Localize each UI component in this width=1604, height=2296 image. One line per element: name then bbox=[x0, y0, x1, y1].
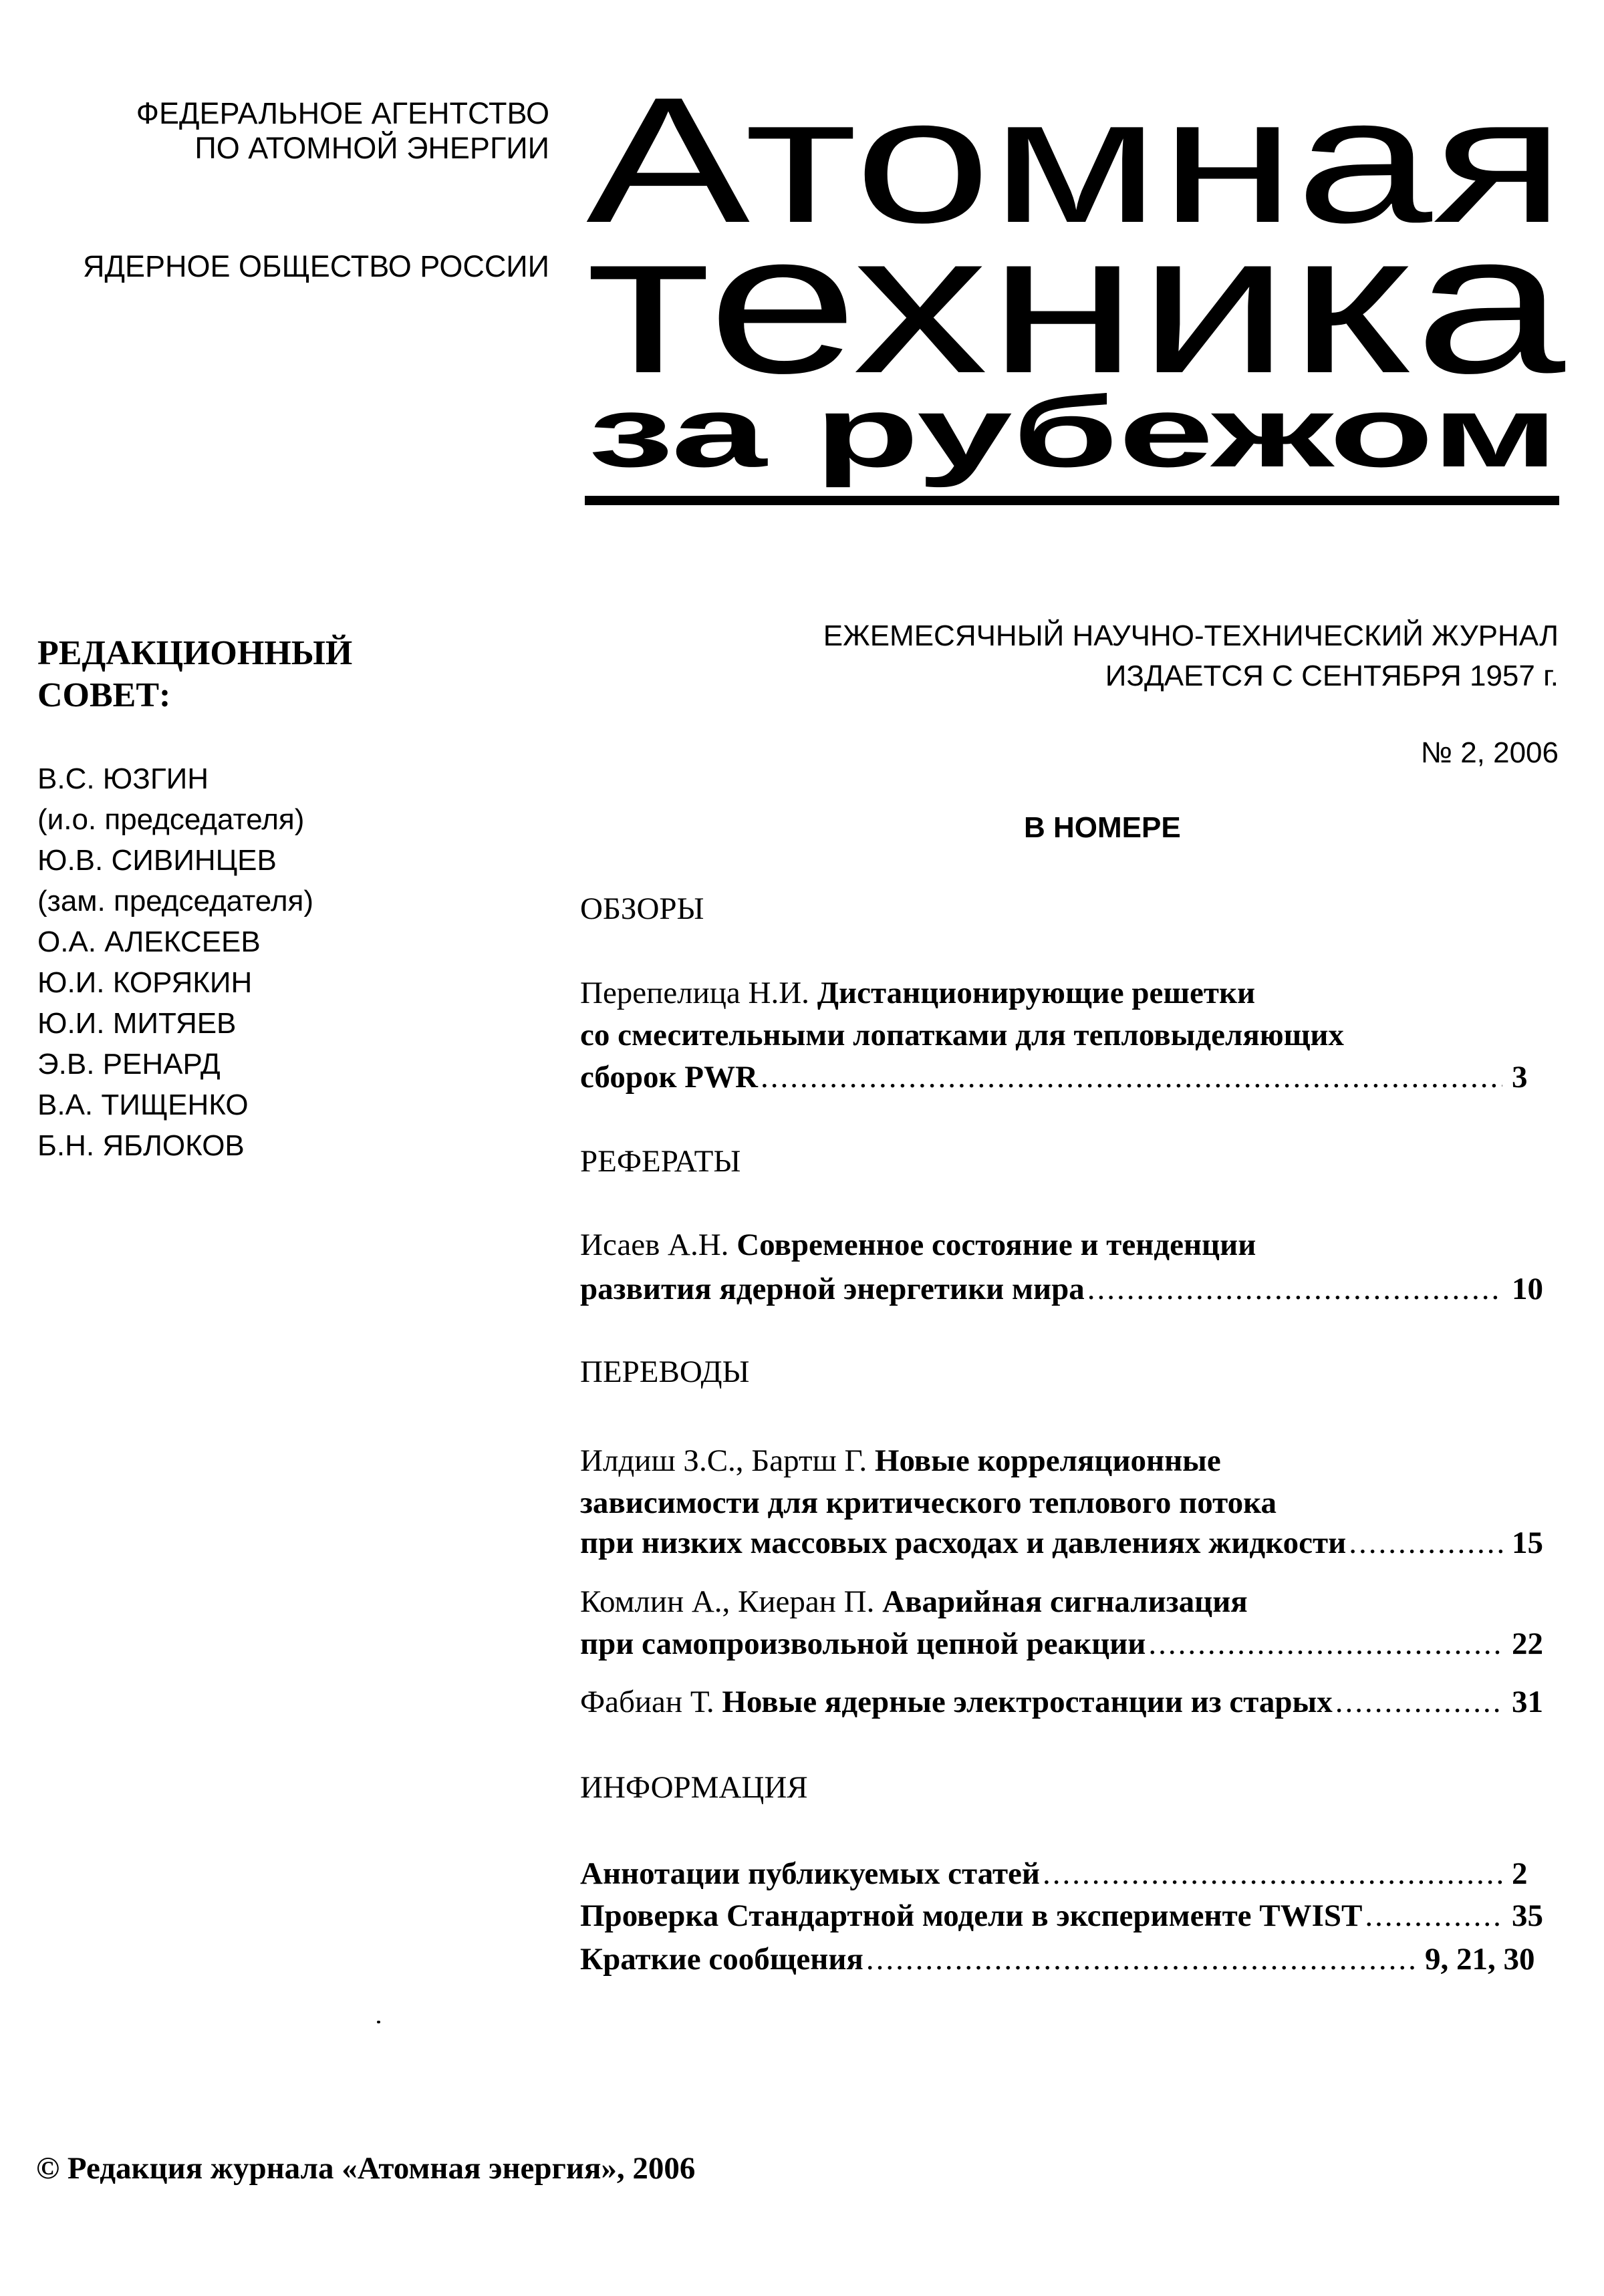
toc-article-title: со смесительными лопатками для тепловыде… bbox=[580, 1020, 1344, 1051]
journal-title: Атомная техника за рубежом bbox=[575, 74, 1577, 515]
toc-dot-leader bbox=[1365, 1900, 1502, 1932]
toc-page-number: 10 bbox=[1512, 1274, 1543, 1305]
toc-page-number: 15 bbox=[1512, 1528, 1543, 1559]
board-member: О.А. АЛЕКСЕЕВ bbox=[37, 927, 261, 957]
journal-type: ЕЖЕМЕСЯЧНЫЙ НАУЧНО-ТЕХНИЧЕСКИЙ ЖУРНАЛ bbox=[823, 621, 1559, 651]
toc-heading: В НОМЕРЕ bbox=[1024, 813, 1181, 843]
toc-entry-line[interactable]: развития ядерной энергетики мира10 bbox=[580, 1274, 1543, 1305]
issue-number: № 2, 2006 bbox=[1421, 738, 1559, 768]
toc-article-title: зависимости для критического теплового п… bbox=[580, 1487, 1277, 1519]
toc-dot-leader bbox=[866, 1944, 1416, 1975]
toc-article-title: Краткие сообщения bbox=[580, 1944, 863, 1975]
toc-entry-line[interactable]: при низких массовых расходах и давлениях… bbox=[580, 1528, 1543, 1559]
toc-author: Фабиан Т. bbox=[580, 1687, 722, 1718]
toc-entry-line[interactable]: Краткие сообщения9, 21, 30 bbox=[580, 1944, 1543, 1975]
toc-dot-leader bbox=[1335, 1687, 1502, 1718]
toc-entry-line[interactable]: сборок PWR3 bbox=[580, 1062, 1543, 1093]
board-member: Ю.В. СИВИНЦЕВ bbox=[37, 846, 277, 875]
toc-entry-line: зависимости для критического теплового п… bbox=[580, 1487, 1543, 1519]
board-member: В.А. ТИЩЕНКО bbox=[37, 1091, 249, 1120]
toc-page-number: 22 bbox=[1512, 1628, 1543, 1660]
toc-page-number: 31 bbox=[1512, 1687, 1543, 1718]
board-heading-line-2: СОВЕТ: bbox=[37, 678, 170, 713]
toc-article-title: сборок PWR bbox=[580, 1062, 758, 1093]
toc-dot-leader bbox=[1087, 1274, 1502, 1305]
toc-article-title: при самопроизвольной цепной реакции bbox=[580, 1628, 1146, 1660]
toc-entry-line: Исаев А.Н. Современное состояние и тенде… bbox=[580, 1230, 1543, 1261]
toc-article-title: Современное состояние и тенденции bbox=[737, 1230, 1256, 1261]
board-member: (и.о. председателя) bbox=[37, 805, 304, 835]
title-line-3: за рубежом bbox=[588, 376, 1559, 488]
board-member: В.С. ЮЗГИН bbox=[37, 764, 209, 794]
toc-author: Комлин А., Киеран П. bbox=[580, 1586, 882, 1618]
toc-entry-line: Илдиш З.С., Бартш Г. Новые корреляционны… bbox=[580, 1445, 1543, 1477]
toc-entry-line: Комлин А., Киеран П. Аварийная сигнализа… bbox=[580, 1586, 1543, 1618]
toc-article-title: Новые ядерные электростанции из старых bbox=[722, 1687, 1332, 1718]
society-name: ЯДЕРНОЕ ОБЩЕСТВО РОССИИ bbox=[83, 251, 549, 281]
toc-entry-line[interactable]: Проверка Стандартной модели в эксперимен… bbox=[580, 1900, 1543, 1932]
toc-article-title: Дистанционирующие решетки bbox=[817, 978, 1255, 1009]
title-rule bbox=[585, 496, 1559, 505]
toc-dot-leader bbox=[1148, 1628, 1502, 1660]
board-member: Б.Н. ЯБЛОКОВ bbox=[37, 1131, 245, 1161]
toc-entry-line[interactable]: при самопроизвольной цепной реакции22 bbox=[580, 1628, 1543, 1660]
toc-entry-line: со смесительными лопатками для тепловыде… bbox=[580, 1020, 1543, 1051]
toc-entry-line[interactable]: Фабиан Т. Новые ядерные электростанции и… bbox=[580, 1687, 1543, 1718]
toc-author: Илдиш З.С., Бартш Г. bbox=[580, 1445, 875, 1477]
toc-page-number: 2 bbox=[1512, 1858, 1543, 1890]
toc-page-number: 9, 21, 30 bbox=[1425, 1944, 1543, 1975]
toc-page-number: 35 bbox=[1512, 1900, 1543, 1932]
toc-entry-line[interactable]: Аннотации публикуемых статей2 bbox=[580, 1858, 1543, 1890]
toc-section-heading: РЕФЕРАТЫ bbox=[580, 1146, 741, 1177]
scan-speck bbox=[377, 2021, 380, 2023]
board-member: (зам. председателя) bbox=[37, 887, 313, 916]
toc-article-title: Аварийная сигнализация bbox=[882, 1586, 1248, 1618]
toc-section-heading: ПЕРЕВОДЫ bbox=[580, 1356, 750, 1388]
toc-section-heading: ОБЗОРЫ bbox=[580, 893, 704, 925]
toc-page-number: 3 bbox=[1512, 1062, 1543, 1093]
toc-author: Перепелица Н.И. bbox=[580, 978, 817, 1009]
journal-since: ИЗДАЕТСЯ С СЕНТЯБРЯ 1957 г. bbox=[1105, 662, 1559, 691]
agency-name-line-2: ПО АТОМНОЙ ЭНЕРГИИ bbox=[194, 133, 549, 163]
toc-dot-leader bbox=[1349, 1528, 1502, 1559]
toc-entry-line: Перепелица Н.И. Дистанционирующие решетк… bbox=[580, 978, 1543, 1009]
toc-section-heading: ИНФОРМАЦИЯ bbox=[580, 1772, 808, 1804]
agency-name-line-1: ФЕДЕРАЛЬНОЕ АГЕНТСТВО bbox=[136, 98, 549, 128]
toc-article-title: Новые корреляционные bbox=[875, 1445, 1221, 1477]
board-member: Э.В. РЕНАРД bbox=[37, 1050, 221, 1079]
toc-article-title: Проверка Стандартной модели в эксперимен… bbox=[580, 1900, 1362, 1932]
toc-dot-leader bbox=[1043, 1858, 1502, 1890]
toc-dot-leader bbox=[761, 1062, 1502, 1093]
toc-article-title: Аннотации публикуемых статей bbox=[580, 1858, 1040, 1890]
board-member: Ю.И. КОРЯКИН bbox=[37, 968, 252, 998]
board-heading-line-1: РЕДАКЦИОННЫЙ bbox=[37, 636, 352, 671]
copyright: © Редакция журнала «Атомная энергия», 20… bbox=[36, 2153, 695, 2184]
toc-author: Исаев А.Н. bbox=[580, 1230, 737, 1261]
toc-article-title: при низких массовых расходах и давлениях… bbox=[580, 1528, 1346, 1559]
board-member: Ю.И. МИТЯЕВ bbox=[37, 1009, 236, 1038]
toc-article-title: развития ядерной энергетики мира bbox=[580, 1274, 1085, 1305]
